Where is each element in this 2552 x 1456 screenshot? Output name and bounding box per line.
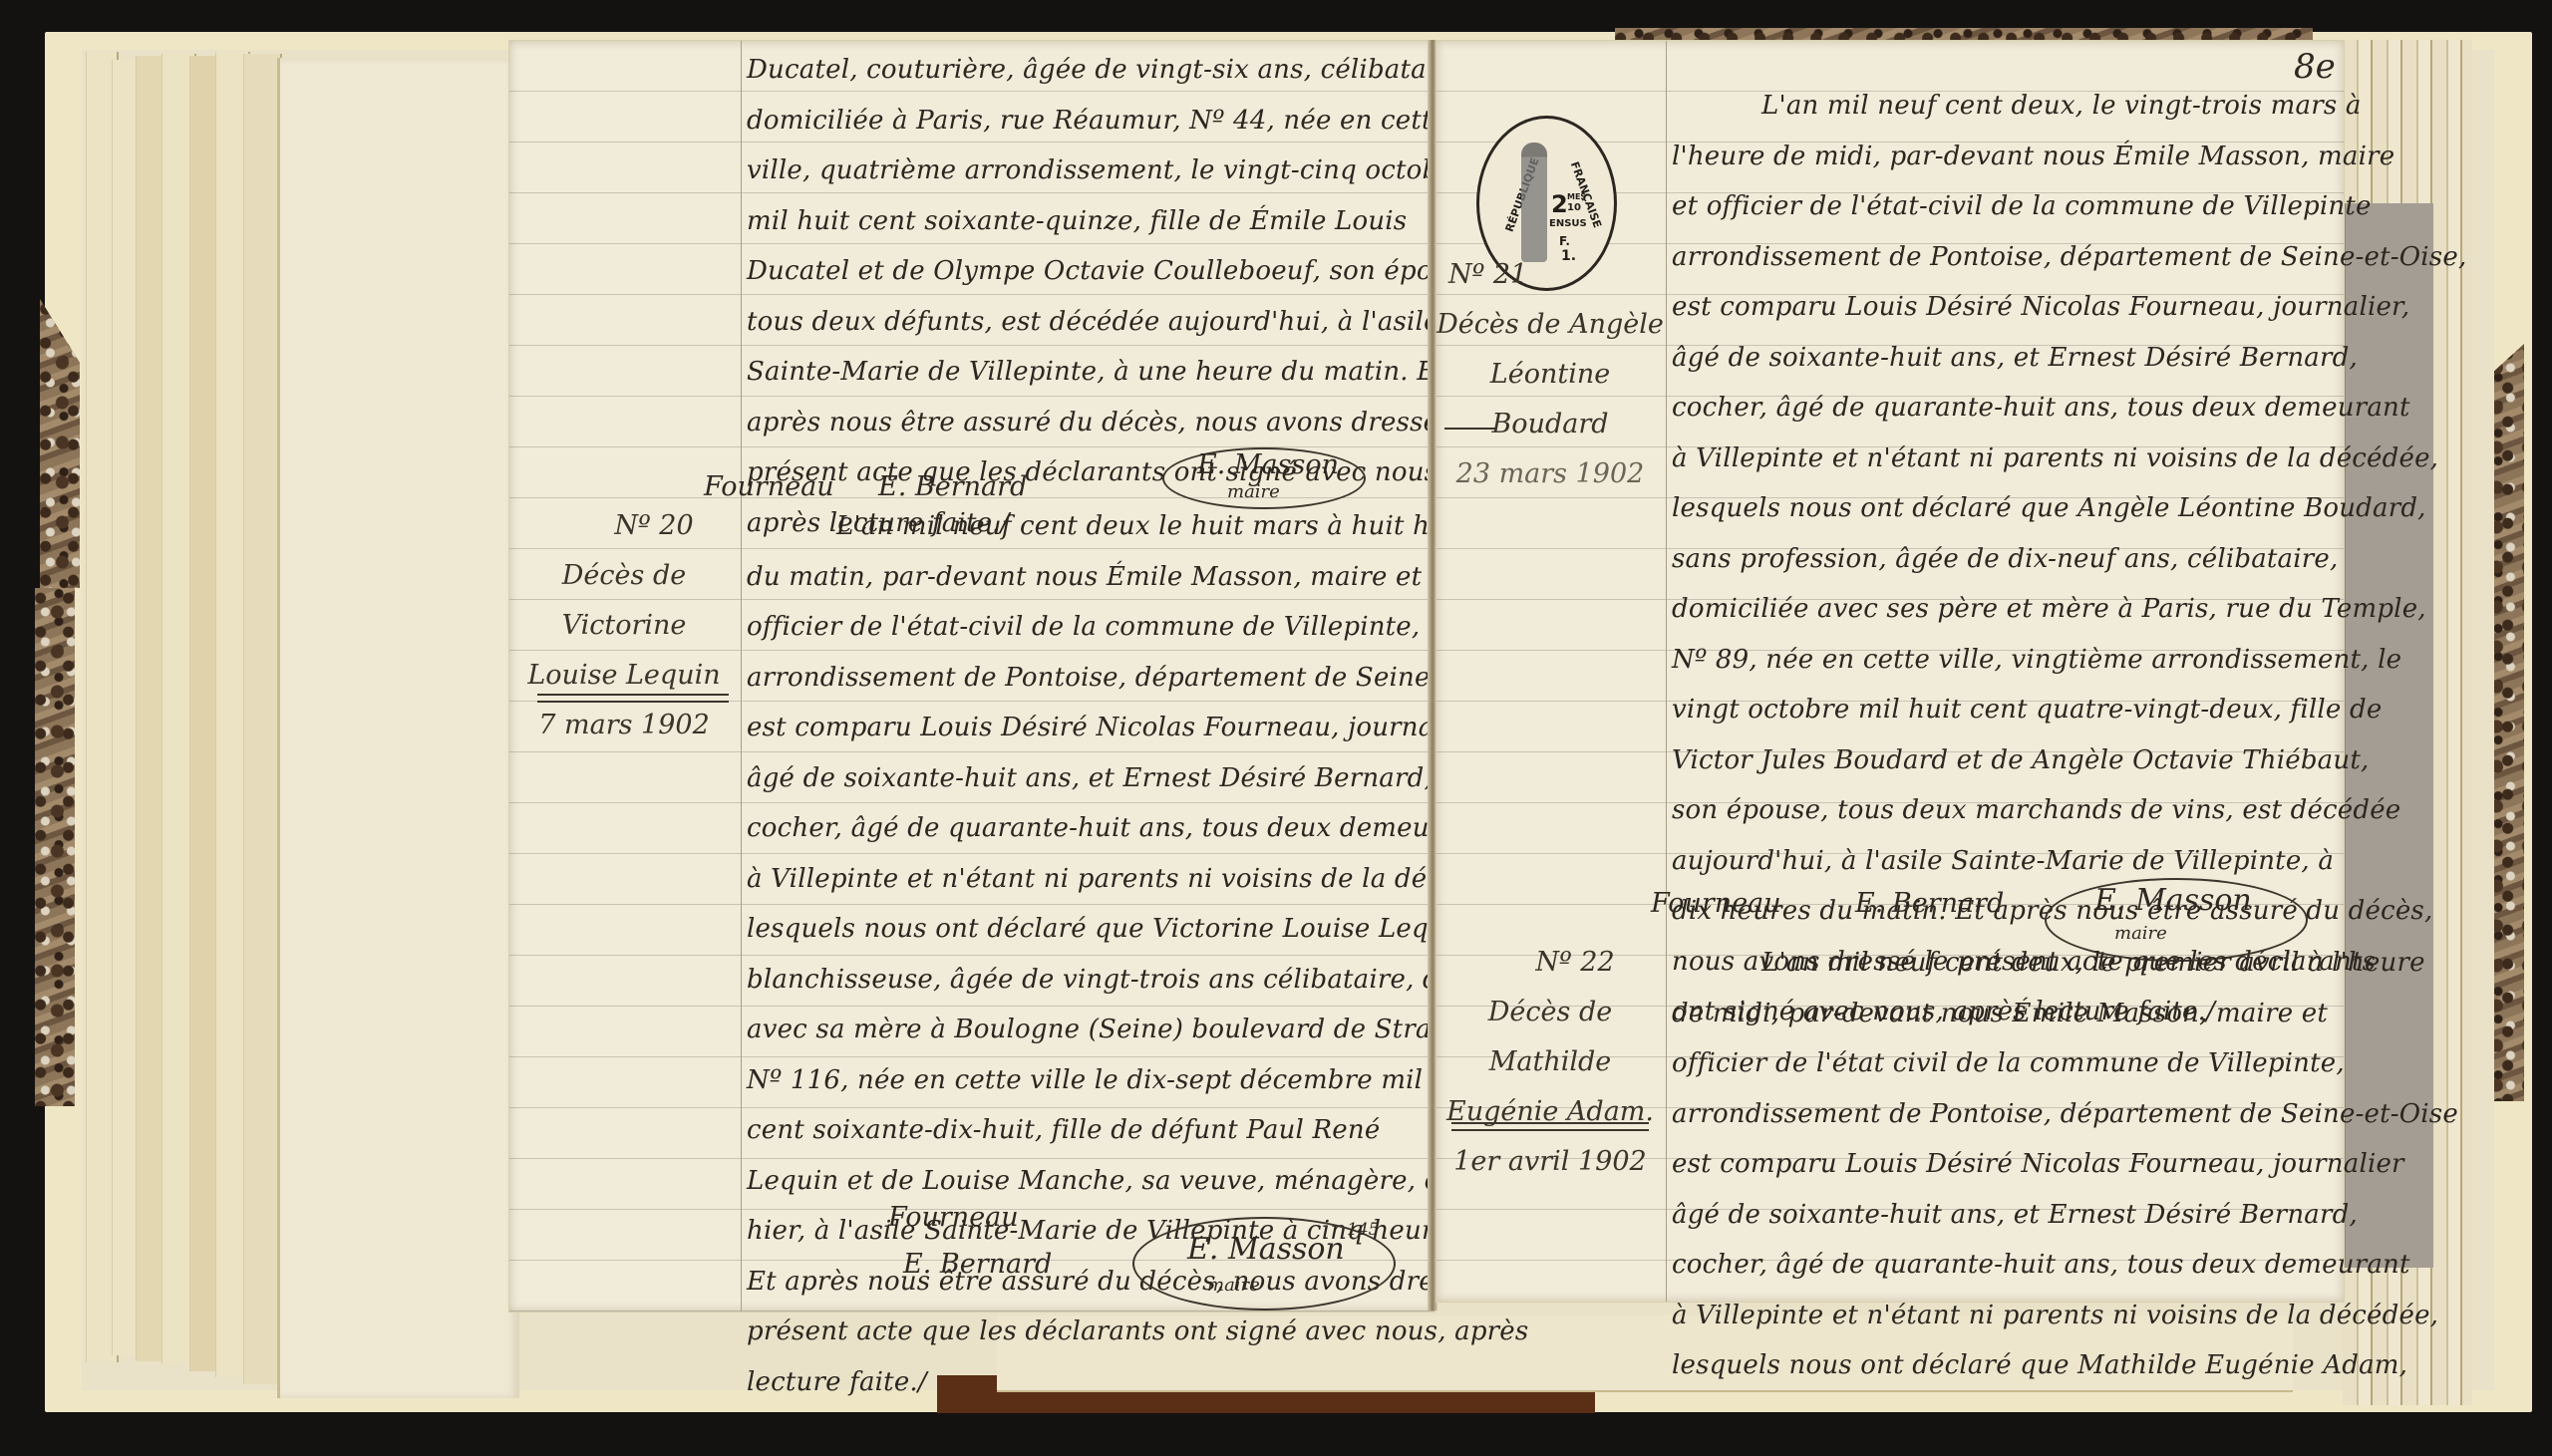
act-margin-date: 23 mars 1902 xyxy=(1436,449,1664,499)
text-line: lesquels nous ont déclaré que Angèle Léo… xyxy=(1672,483,2466,534)
signature-mayor: E. Masson xyxy=(1187,1232,1345,1267)
text-line: l'heure de midi, par-devant nous Émile M… xyxy=(1672,132,2466,182)
register-page-right: 8e RÉPUBLIQUE FRANÇAISE 2 MES 10 ENSUS F… xyxy=(1435,40,2345,1303)
text-line: Ducatel et de Olympe Octavie Coulleboeuf… xyxy=(747,246,1486,297)
act-margin-date: 7 mars 1902 xyxy=(509,701,739,750)
signature-declarant-2: E. Bernard xyxy=(878,471,1027,502)
text-line: et officier de l'état-civil de la commun… xyxy=(1672,181,2466,232)
signature-declarant-2: E. Bernard xyxy=(1855,888,2004,919)
text-line: officier de l'état civil de la commune d… xyxy=(1672,1038,2458,1089)
text-line: présent acte que les déclarants ont sign… xyxy=(747,447,1486,498)
signature-mayor-title: maire xyxy=(1227,481,1280,502)
text-line: à Villepinte et n'étant ni parents ni vo… xyxy=(1672,434,2466,484)
text-line: après nous être assuré du décès, nous av… xyxy=(747,398,1486,448)
signature-declarant-1: Fourneau xyxy=(704,471,834,502)
text-line: cocher, âgé de quarante-huit ans, tous d… xyxy=(1672,1240,2458,1291)
act-20-margin: Nº 20 Décès de Victorine Louise Lequin 7… xyxy=(509,501,739,750)
act-22-text: L'an mil neuf cent deux, le premier avri… xyxy=(1672,938,2458,1391)
text-line: Victor Jules Boudard et de Angèle Octavi… xyxy=(1672,735,2466,786)
text-line: cocher, âgé de quarante-huit ans, tous d… xyxy=(1672,383,2466,434)
text-line: sans profession, âgée de dix-neuf ans, c… xyxy=(1672,534,2466,585)
text-line: mil huit cent soixante-quinze, fille de … xyxy=(747,196,1486,247)
act-number: Nº 20 xyxy=(509,501,739,551)
act-margin-title: Décès de Mathilde xyxy=(1436,988,1664,1087)
margin-annotation: 145 xyxy=(1347,1220,1379,1240)
stamp-value-frac: 10 xyxy=(1567,202,1581,213)
text-line: vingt octobre mil huit cent quatre-vingt… xyxy=(1672,685,2466,735)
text-line: L'an mil neuf cent deux, le premier avri… xyxy=(1672,938,2458,989)
blank-flyleaf xyxy=(277,58,519,1398)
text-line: présent acte que les déclarants ont sign… xyxy=(747,1307,1583,1357)
margin-column-rule xyxy=(1666,41,1667,1302)
act-number: Nº 22 xyxy=(1436,938,1664,988)
act-margin-title: Décès de Angèle xyxy=(1436,300,1664,350)
stamp-label: ENSUS xyxy=(1549,218,1587,229)
signature-declarant-1: Fourneau xyxy=(888,1202,1019,1233)
stamp-value: 2 xyxy=(1551,190,1568,218)
register-page-left: Ducatel, couturière, âgée de vingt-six a… xyxy=(508,40,1435,1312)
text-line: domiciliée à Paris, rue Réaumur, Nº 44, … xyxy=(747,96,1486,146)
text-line: ville, quatrième arrondissement, le ving… xyxy=(747,146,1486,196)
text-line: lecture faite./ xyxy=(747,1357,1583,1408)
signature-mayor: E. Masson xyxy=(1197,449,1339,480)
signature-mayor: E. Masson xyxy=(2094,883,2252,918)
act-continuation-text: Ducatel, couturière, âgée de vingt-six a… xyxy=(747,45,1486,548)
signature-declarant-1: Fourneau xyxy=(1651,888,1781,919)
act-21-text: L'an mil neuf cent deux, le vingt-trois … xyxy=(1672,81,2466,1037)
text-line: est comparu Louis Désiré Nicolas Fournea… xyxy=(1672,1139,2458,1190)
text-line: arrondissement de Pontoise, département … xyxy=(1672,1089,2458,1140)
text-line: L'an mil neuf cent deux, le vingt-trois … xyxy=(1672,81,2466,132)
act-separator-rule xyxy=(1444,428,1496,430)
text-line: tous deux défunts, est décédée aujourd'h… xyxy=(747,297,1486,348)
text-line: domiciliée avec ses père et mère à Paris… xyxy=(1672,584,2466,635)
text-line: Sainte-Marie de Villepinte, à une heure … xyxy=(747,347,1486,398)
text-line: à Villepinte et n'étant ni parents ni vo… xyxy=(1672,1291,2458,1341)
marianne-figure-icon xyxy=(1521,143,1547,262)
text-line: arrondissement de Pontoise, département … xyxy=(1672,232,2466,283)
text-line: âgé de soixante-huit ans, et Ernest Dési… xyxy=(1672,333,2466,384)
act-22-margin: Nº 22 Décès de Mathilde Eugénie Adam. 1e… xyxy=(1436,938,1664,1187)
signature-mayor-title: maire xyxy=(1207,1275,1260,1296)
text-line: est comparu Louis Désiré Nicolas Fournea… xyxy=(1672,282,2466,333)
act-margin-title: Léontine Boudard xyxy=(1436,350,1664,449)
act-21-margin: Nº 21 Décès de Angèle Léontine Boudard 2… xyxy=(1436,250,1664,499)
act-number: Nº 21 xyxy=(1436,250,1664,300)
act-margin-date: 1er avril 1902 xyxy=(1436,1137,1664,1187)
marbled-cover-left-lower xyxy=(35,588,75,1106)
act-margin-title: Décès de Victorine xyxy=(509,551,739,651)
text-line: de midi, par-devant nous Émile Masson, m… xyxy=(1672,989,2458,1039)
text-line: lesquels nous ont déclaré que Mathilde E… xyxy=(1672,1340,2458,1391)
text-line: Ducatel, couturière, âgée de vingt-six a… xyxy=(747,45,1486,96)
text-line: aujourd'hui, à l'asile Sainte-Marie de V… xyxy=(1672,836,2466,887)
margin-column-rule xyxy=(741,41,742,1311)
text-line: âgé de soixante-huit ans, et Ernest Dési… xyxy=(1672,1190,2458,1241)
signature-declarant-2: E. Bernard xyxy=(903,1249,1052,1280)
text-line: Nº 89, née en cette ville, vingtième arr… xyxy=(1672,635,2466,686)
stamp-value-sup: MES xyxy=(1567,192,1586,201)
stamp-franc: F. xyxy=(1559,234,1570,248)
act-separator-rule xyxy=(537,694,729,703)
text-line: son épouse, tous deux marchands de vins,… xyxy=(1672,785,2466,836)
act-separator-rule xyxy=(1451,1122,1649,1131)
